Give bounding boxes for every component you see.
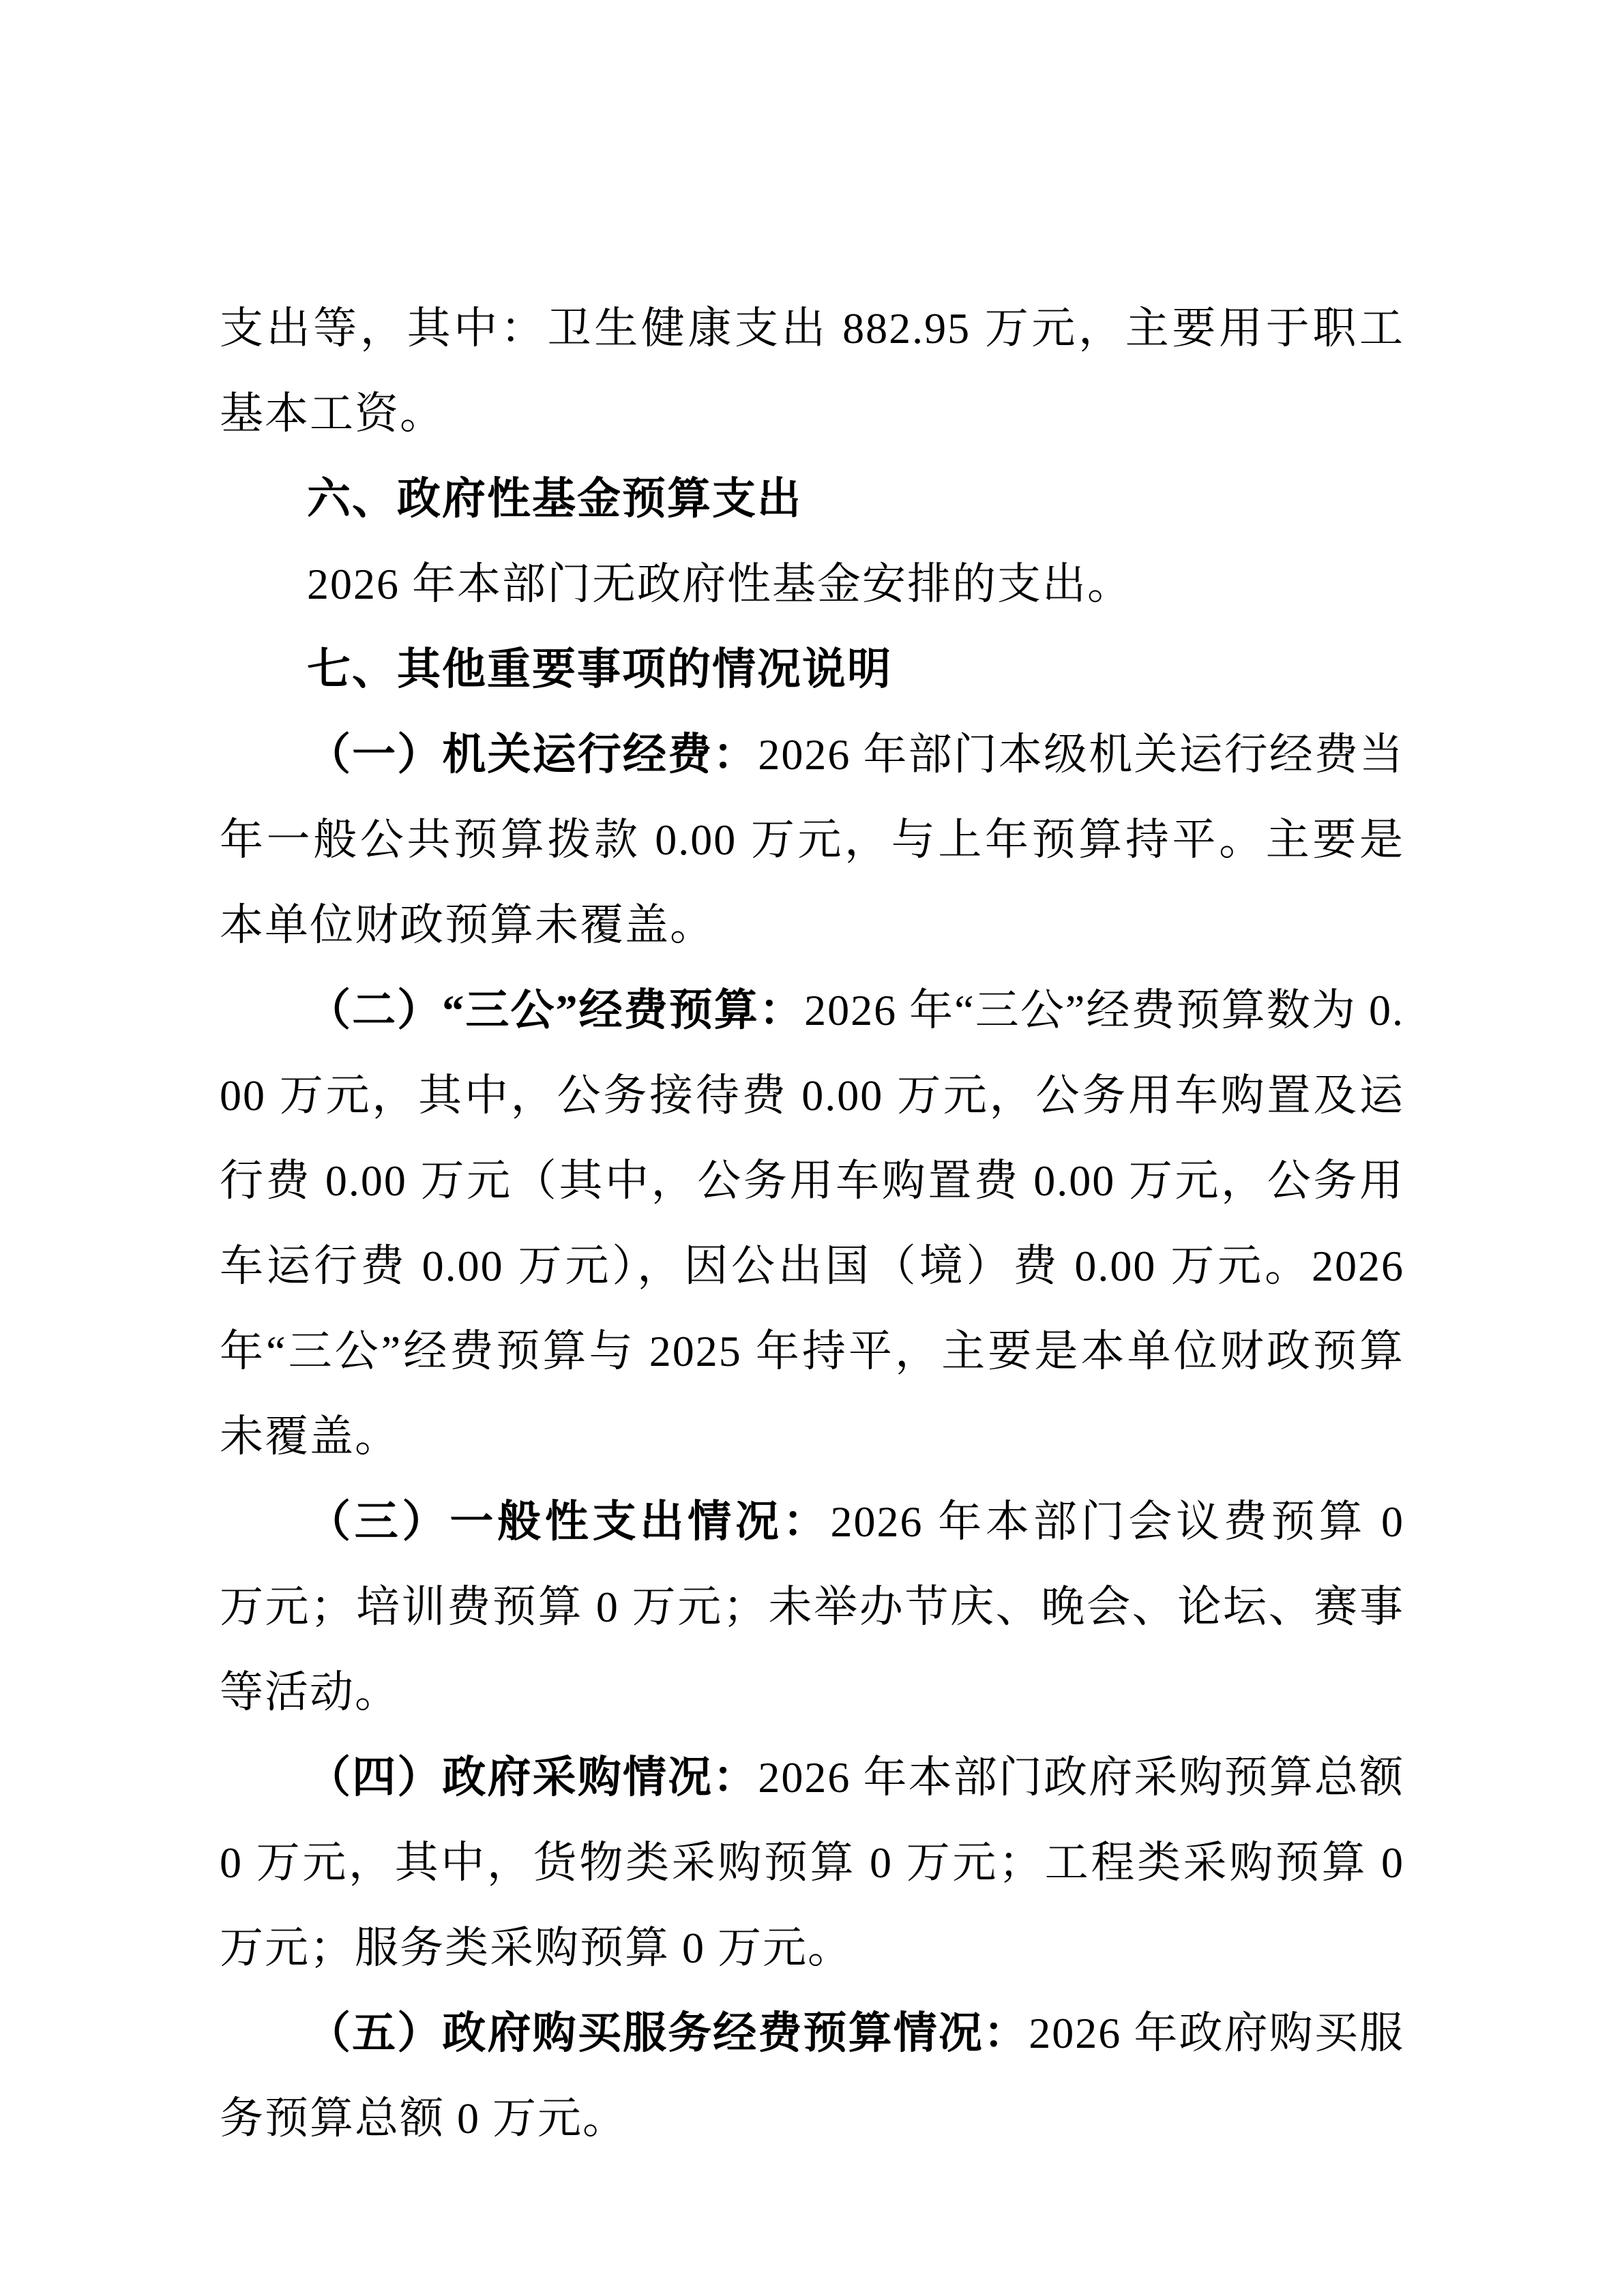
heading-section-seven-other-important-matters: 七、其他重要事项的情况说明 xyxy=(220,627,1404,712)
bold-lead-run: 六、政府性基金预算支出 xyxy=(307,475,802,523)
bold-lead-run: （二）“三公”经费预算： xyxy=(307,986,804,1034)
bold-lead-run: （三）一般性支出情况： xyxy=(307,1497,831,1546)
text-run: 2026 年本部门无政府性基金安排的支出。 xyxy=(307,560,1132,608)
paragraph-continued-health-expenditure: 支出等，其中：卫生健康支出 882.95 万元，主要用于职工基本工资。 xyxy=(220,286,1404,456)
paragraph-item-one-operating-funds: （一）机关运行经费：2026 年部门本级机关运行经费当年一般公共预算拨款 0.0… xyxy=(220,712,1404,968)
document-body: 支出等，其中：卫生健康支出 882.95 万元，主要用于职工基本工资。六、政府性… xyxy=(220,286,1404,2161)
text-run: 2026 年“三公”经费预算数为 0.00 万元，其中，公务接待费 0.00 万… xyxy=(220,986,1404,1461)
bold-lead-run: （一）机关运行经费： xyxy=(307,730,758,779)
paragraph-item-two-three-public-funds: （二）“三公”经费预算：2026 年“三公”经费预算数为 0.00 万元，其中，… xyxy=(220,968,1404,1479)
document-page: 支出等，其中：卫生健康支出 882.95 万元，主要用于职工基本工资。六、政府性… xyxy=(0,0,1624,2296)
bold-lead-run: （四）政府采购情况： xyxy=(307,1753,758,1802)
bold-lead-run: 七、其他重要事项的情况说明 xyxy=(307,645,892,694)
paragraph-item-five-purchased-services: （五）政府购买服务经费预算情况：2026 年政府购买服务预算总额 0 万元。 xyxy=(220,1991,1404,2161)
paragraph-item-three-general-expenditure: （三）一般性支出情况：2026 年本部门会议费预算 0 万元；培训费预算 0 万… xyxy=(220,1479,1404,1735)
heading-section-six-government-fund-budget: 六、政府性基金预算支出 xyxy=(220,456,1404,541)
paragraph-item-four-government-procurement: （四）政府采购情况：2026 年本部门政府采购预算总额 0 万元，其中，货物类采… xyxy=(220,1735,1404,1991)
bold-lead-run: （五）政府购买服务经费预算情况： xyxy=(307,2009,1029,2057)
paragraph-no-government-fund: 2026 年本部门无政府性基金安排的支出。 xyxy=(220,541,1404,627)
text-run: 支出等，其中：卫生健康支出 882.95 万元，主要用于职工基本工资。 xyxy=(220,304,1404,438)
